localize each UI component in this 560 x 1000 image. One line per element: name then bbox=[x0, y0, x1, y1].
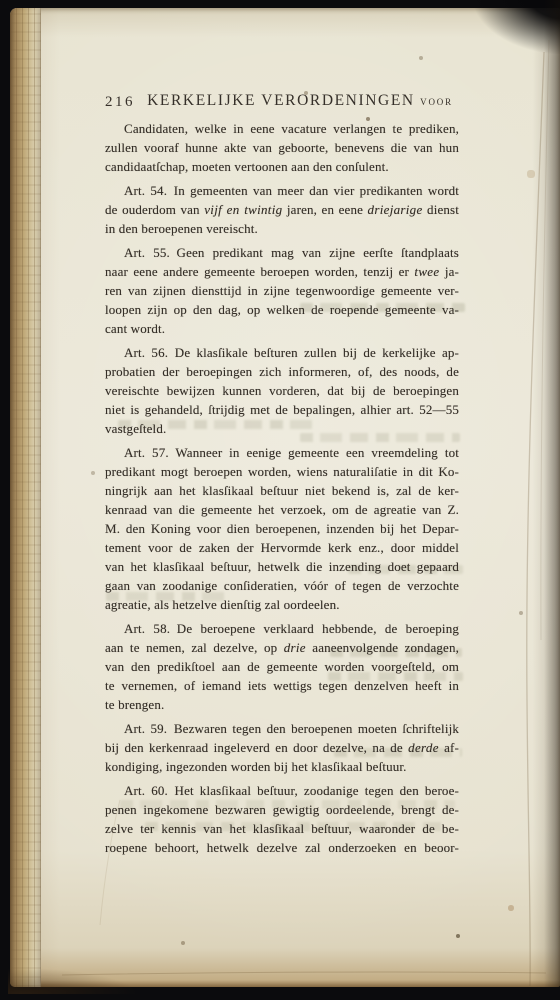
text-line: van den predikſtoel aan de gemeente word… bbox=[105, 657, 459, 676]
text-line: Art. 60. Het klasſikaal beſtuur, zoodani… bbox=[105, 781, 459, 800]
paragraph-art-58: Art. 58. De beroepene verklaard hebbende… bbox=[105, 619, 459, 714]
text-line: loopen zijn op den dag, op welken de roe… bbox=[105, 300, 459, 319]
text-line: penen ingekomene bezwaren gewigtig oorde… bbox=[105, 800, 459, 819]
paragraph-art-55: Art. 55. Geen predikant mag van zijne ee… bbox=[105, 243, 459, 338]
text-line: zelve ter kennis van het klasſikaal beſt… bbox=[105, 819, 459, 838]
text-line: te vernemen, of iemand iets wettigs tege… bbox=[105, 676, 459, 695]
page-number: 216 bbox=[105, 94, 135, 111]
text-body: Candidaten, welke in eene vacature verla… bbox=[105, 119, 459, 862]
text-line: Art. 57. Wanneer in eenige gemeente een … bbox=[105, 443, 459, 462]
text-line: zullen vooraf hunne akte van geboorte, b… bbox=[105, 138, 459, 157]
text-line: roepene behoort, hetwelk dezelve zal ond… bbox=[105, 838, 459, 857]
text-line: bij den kerkenraad ingeleverd en door de… bbox=[105, 738, 459, 757]
paragraph-art-54: Art. 54. In gemeenten van meer dan vier … bbox=[105, 181, 459, 238]
running-title-suffix: voor bbox=[420, 94, 453, 108]
text-line: de ouderdom van vijf en twintig jaren, e… bbox=[105, 200, 459, 219]
running-title: KERKELIJKE VERORDENINGEN voor bbox=[141, 92, 459, 110]
text-line: gaan van zoodanige conſideratien, vóór o… bbox=[105, 576, 459, 595]
text-line: probatien der beroepingen zich informere… bbox=[105, 362, 459, 381]
page-left-deckle-edge bbox=[10, 8, 41, 987]
text-line: naar eene andere gemeente beroepen worde… bbox=[105, 262, 459, 281]
text-line: ningrijk aan het klasſikaal beſtuur niet… bbox=[105, 481, 459, 500]
text-line: agreatie, als hetzelve dienſtig zal oord… bbox=[105, 595, 459, 614]
text-line: in den beroepenen vereischt. bbox=[105, 219, 459, 238]
text-line: Art. 59. Bezwaren tegen den beroepenen m… bbox=[105, 719, 459, 738]
page-bottom-stain bbox=[8, 968, 138, 994]
text-line: Art. 55. Geen predikant mag van zijne ee… bbox=[105, 243, 459, 262]
paragraph-art-56: Art. 56. De klasſikale beſturen zullen b… bbox=[105, 343, 459, 438]
text-line: candidaatſchap, moeten vertoonen aan den… bbox=[105, 157, 459, 176]
paragraph-art-60: Art. 60. Het klasſikaal beſtuur, zoodani… bbox=[105, 781, 459, 857]
paragraph-art-57: Art. 57. Wanneer in eenige gemeente een … bbox=[105, 443, 459, 614]
text-line: Art. 58. De beroepene verklaard hebbende… bbox=[105, 619, 459, 638]
text-line: M. den Koning voor dien beroepenen, inze… bbox=[105, 519, 459, 538]
running-title-text: KERKELIJKE VERORDENINGEN bbox=[147, 92, 415, 109]
scanned-book-photo: 216 KERKELIJKE VERORDENINGEN voor Candid… bbox=[0, 0, 560, 1000]
text-line: van het klasſikaal beſtuur, hetwelk die … bbox=[105, 557, 459, 576]
text-line: cant wordt. bbox=[105, 319, 459, 338]
text-line: kenraad van die gemeente het verzoek, om… bbox=[105, 500, 459, 519]
page-header: 216 KERKELIJKE VERORDENINGEN voor bbox=[105, 92, 459, 112]
text-line: kondiging, ingezonden worden bij het kla… bbox=[105, 757, 459, 776]
text-line: Candidaten, welke in eene vacature verla… bbox=[105, 119, 459, 138]
text-line: Art. 54. In gemeenten van meer dan vier … bbox=[105, 181, 459, 200]
text-line: niet is gehandeld, ſtrijdig met de bepal… bbox=[105, 400, 459, 419]
paragraph-art-59: Art. 59. Bezwaren tegen den beroepenen m… bbox=[105, 719, 459, 776]
text-line: vereischte bewijzen kunnen vorderen, dat… bbox=[105, 381, 459, 400]
page-right-shading bbox=[544, 0, 560, 987]
foxing-speckles bbox=[0, 0, 2, 2]
text-line: vastgeſteld. bbox=[105, 419, 459, 438]
text-line: te brengen. bbox=[105, 695, 459, 714]
text-line: aan te nemen, zal dezelve, op drie aanee… bbox=[105, 638, 459, 657]
text-line: ren van zijnen diensttijd in zijne tegen… bbox=[105, 281, 459, 300]
text-line: tement voor de zaken der Hervormde kerk … bbox=[105, 538, 459, 557]
text-line: predikant mogt beroepen worden, wiens na… bbox=[105, 462, 459, 481]
text-line: Art. 56. De klasſikale beſturen zullen b… bbox=[105, 343, 459, 362]
paragraph-candidaten: Candidaten, welke in eene vacature verla… bbox=[105, 119, 459, 176]
